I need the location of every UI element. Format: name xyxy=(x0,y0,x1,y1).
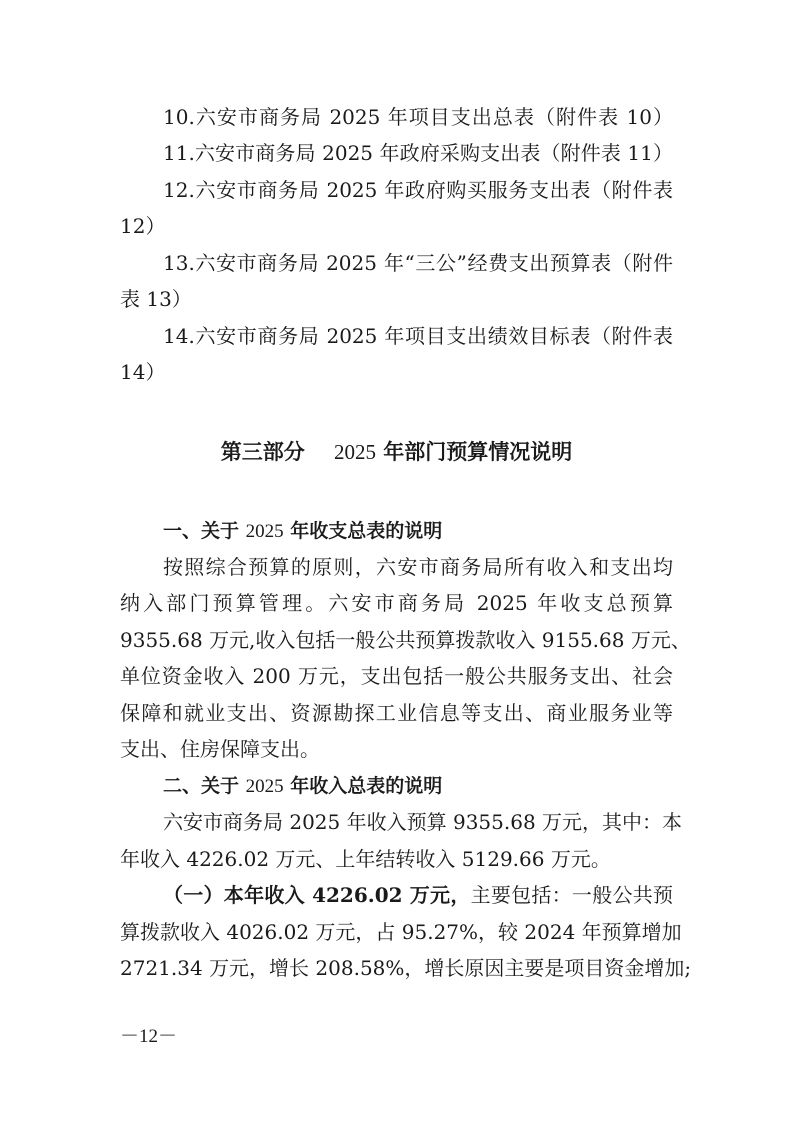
part-heading-prefix: 第三部分 xyxy=(221,440,305,464)
part-heading-year: 2025 xyxy=(334,440,376,464)
section-1-paragraph-line: 单位资金收入 200 万元，支出包括一般公共服务支出、社会 xyxy=(120,664,673,688)
section-1-paragraph-line: 按照综合预算的原则，六安市商务局所有收入和支出均 xyxy=(163,555,673,579)
section-2-paragraph-line: 年收入 4226.02 万元、上年结转收入 5129.66 万元。 xyxy=(120,847,673,871)
section-2-heading: 二、关于 2025 年收入总表的说明 xyxy=(163,774,442,799)
section-1-heading-year: 2025 xyxy=(246,521,284,542)
section-1-heading-suffix: 年收支总表的说明 xyxy=(284,520,443,542)
attachment-item-13: 13.六安市商务局 2025 年“三公”经费支出预算表（附件 xyxy=(163,251,673,275)
page-number: －12－ xyxy=(120,1026,177,1048)
section-1-paragraph-line: 纳入部门预算管理。六安市商务局 2025 年收支总预算 xyxy=(120,591,673,615)
part-heading: 第三部分 2025 年部门预算情况说明 xyxy=(0,439,793,465)
section-2-heading-suffix: 年收入总表的说明 xyxy=(284,775,443,797)
subsection-paragraph-line: 算拨款收入 4026.02 万元，占 95.27%，较 2024 年预算增加 xyxy=(120,920,673,944)
subsection-bold-lead: （一）本年收入 4226.02 万元， xyxy=(163,883,471,907)
subsection-paragraph-line: 2721.34 万元，增长 208.58%，增长原因主要是项目资金增加; xyxy=(120,956,673,980)
section-2-heading-prefix: 二、关于 xyxy=(163,775,246,797)
section-1-paragraph-line: 保障和就业支出、资源勘探工业信息等支出、商业服务业等 xyxy=(120,701,673,725)
section-2-heading-year: 2025 xyxy=(246,776,284,797)
attachment-item-12: 12.六安市商务局 2025 年政府购买服务支出表（附件表 xyxy=(163,178,673,202)
attachment-item-12-continued: 12） xyxy=(120,214,673,238)
attachment-item-10: 10.六安市商务局 2025 年项目支出总表（附件表 10） xyxy=(163,105,673,129)
subsection-lead-rest: 主要包括：一般公共预 xyxy=(471,883,673,907)
attachment-item-11: 11.六安市商务局 2025 年政府采购支出表（附件表 11） xyxy=(163,141,673,165)
section-1-heading-prefix: 一、关于 xyxy=(163,520,246,542)
attachment-item-14-continued: 14） xyxy=(120,360,673,384)
part-heading-suffix: 年部门预算情况说明 xyxy=(376,440,572,464)
section-1-paragraph-line: 支出、住房保障支出。 xyxy=(120,737,673,761)
attachment-item-13-continued: 表 13） xyxy=(120,287,673,311)
section-2-paragraph-line: 六安市商务局 2025 年收入预算 9355.68 万元，其中：本 xyxy=(163,810,673,834)
section-1-paragraph-line: 9355.68 万元,收入包括一般公共预算拨款收入 9155.68 万元、 xyxy=(120,628,673,652)
subsection-current-year-income-lead: （一）本年收入 4226.02 万元，主要包括：一般公共预 xyxy=(163,883,673,907)
document-page: 10.六安市商务局 2025 年项目支出总表（附件表 10） 11.六安市商务局… xyxy=(0,0,793,1122)
attachment-item-14: 14.六安市商务局 2025 年项目支出绩效目标表（附件表 xyxy=(163,324,673,348)
section-1-heading: 一、关于 2025 年收支总表的说明 xyxy=(163,519,442,544)
